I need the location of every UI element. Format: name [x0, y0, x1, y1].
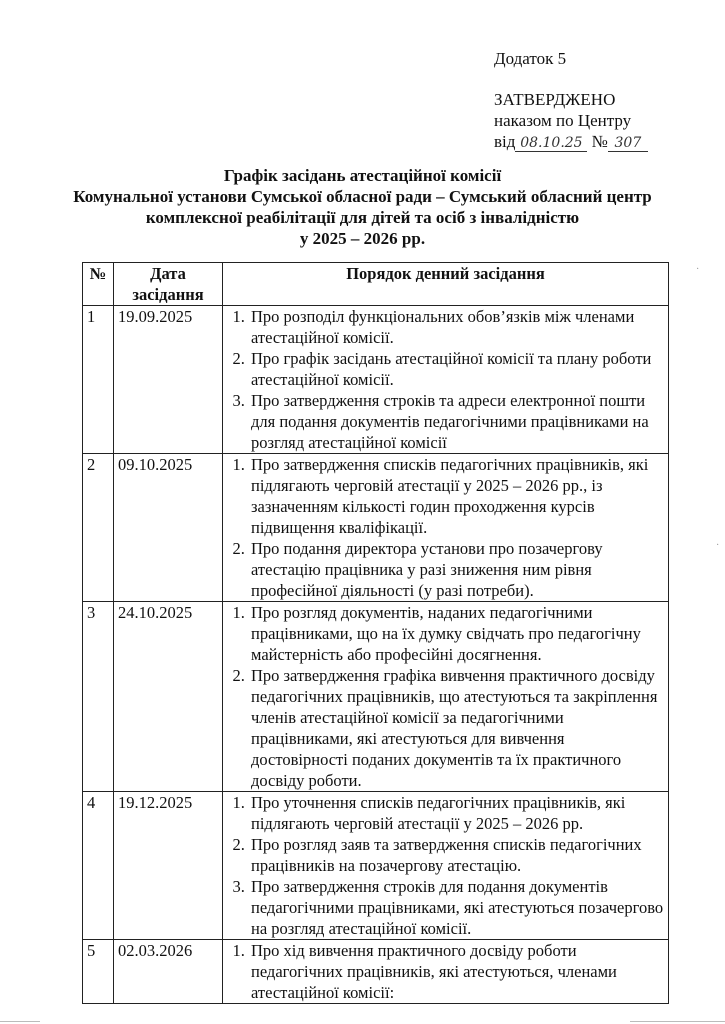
title-line-4: у 2025 – 2026 рр.	[60, 228, 665, 249]
meeting-date: 24.10.2025	[114, 602, 223, 792]
table-row: 324.10.2025Про розгляд документів, надан…	[83, 602, 669, 792]
agenda-item: Про подання директора установи про позач…	[249, 538, 664, 601]
meeting-number: 4	[83, 792, 114, 940]
header-agenda: Порядок денний засідання	[223, 263, 669, 306]
agenda-list: Про розподіл функціональних обов’язків м…	[227, 306, 664, 453]
meeting-schedule-table: № Дата засідання Порядок денний засіданн…	[82, 262, 669, 1004]
document-title: Графік засідань атестаційної комісії Ком…	[60, 165, 665, 249]
agenda-item: Про розгляд заяв та затвердження списків…	[249, 834, 664, 876]
approval-block: Додаток 5 ЗАТВЕРДЖЕНО наказом по Центру …	[494, 48, 648, 152]
agenda-item: Про затвердження графіка вивчення практи…	[249, 665, 664, 791]
meeting-date: 02.03.2026	[114, 940, 223, 1004]
header-number: №	[83, 263, 114, 306]
meeting-number: 5	[83, 940, 114, 1004]
agenda-list: Про затвердження списків педагогічних пр…	[227, 454, 664, 601]
scan-artifact: ·	[716, 540, 719, 551]
table-row: 502.03.2026Про хід вивчення практичного …	[83, 940, 669, 1004]
agenda-item: Про уточнення списків педагогічних праці…	[249, 792, 664, 834]
meeting-date: 19.12.2025	[114, 792, 223, 940]
scan-artifact	[0, 1021, 40, 1022]
from-label: від	[494, 132, 515, 151]
agenda-item: Про затвердження строків для подання док…	[249, 876, 664, 939]
header-date: Дата засідання	[114, 263, 223, 306]
handwritten-order-date: 08.10.25	[515, 135, 587, 152]
meeting-agenda: Про розподіл функціональних обов’язків м…	[223, 306, 669, 454]
meeting-agenda: Про розгляд документів, наданих педагогі…	[223, 602, 669, 792]
table-row: 419.12.2025Про уточнення списків педагог…	[83, 792, 669, 940]
meeting-agenda: Про затвердження списків педагогічних пр…	[223, 454, 669, 602]
agenda-item: Про графік засідань атестаційної комісії…	[249, 348, 664, 390]
number-label: №	[592, 132, 608, 151]
title-line-3: комплексної реабілітації для дітей та ос…	[60, 207, 665, 228]
agenda-item: Про розподіл функціональних обов’язків м…	[249, 306, 664, 348]
agenda-item: Про хід вивчення практичного досвіду роб…	[249, 940, 664, 1003]
meeting-date: 09.10.2025	[114, 454, 223, 602]
scan-artifact	[630, 1021, 725, 1022]
annex-label: Додаток 5	[494, 48, 648, 69]
approved-label: ЗАТВЕРДЖЕНО	[494, 89, 648, 110]
meeting-number: 3	[83, 602, 114, 792]
agenda-list: Про хід вивчення практичного досвіду роб…	[227, 940, 664, 1003]
order-line: наказом по Центру	[494, 110, 648, 131]
agenda-list: Про уточнення списків педагогічних праці…	[227, 792, 664, 939]
table-row: 209.10.2025Про затвердження списків педа…	[83, 454, 669, 602]
table-header-row: № Дата засідання Порядок денний засіданн…	[83, 263, 669, 306]
handwritten-order-number: 307	[608, 135, 648, 152]
meeting-date: 19.09.2025	[114, 306, 223, 454]
scan-artifact: ·	[696, 264, 699, 275]
title-line-2: Комунальної установи Сумської обласної р…	[60, 186, 665, 207]
meeting-number: 1	[83, 306, 114, 454]
agenda-item: Про затвердження списків педагогічних пр…	[249, 454, 664, 538]
agenda-item: Про затвердження строків та адреси елект…	[249, 390, 664, 453]
table-row: 119.09.2025Про розподіл функціональних о…	[83, 306, 669, 454]
order-reference: від08.10.25 №307	[494, 131, 648, 152]
title-line-1: Графік засідань атестаційної комісії	[60, 165, 665, 186]
meeting-agenda: Про уточнення списків педагогічних праці…	[223, 792, 669, 940]
meeting-number: 2	[83, 454, 114, 602]
agenda-list: Про розгляд документів, наданих педагогі…	[227, 602, 664, 791]
agenda-item: Про розгляд документів, наданих педагогі…	[249, 602, 664, 665]
meeting-agenda: Про хід вивчення практичного досвіду роб…	[223, 940, 669, 1004]
